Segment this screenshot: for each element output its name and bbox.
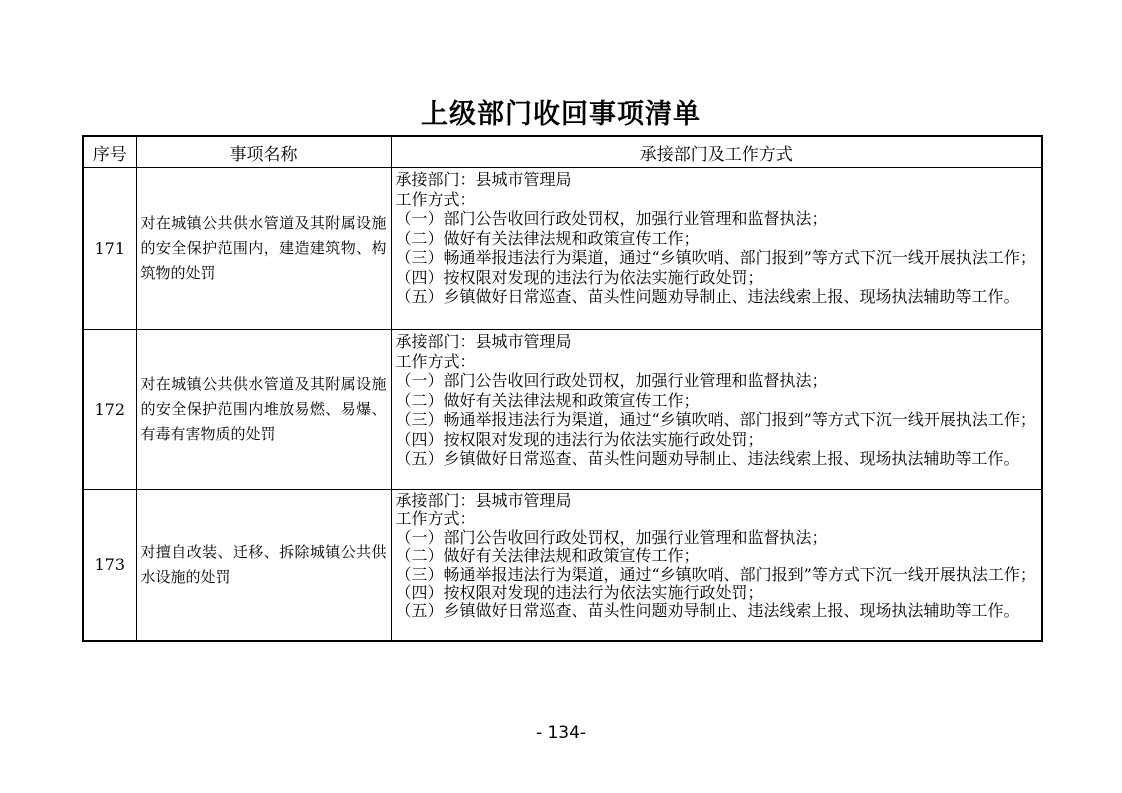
document-page: 上级部门收回事项清单 序号 事项名称 承接部门及工作方式 171 对在城镇公共供… bbox=[0, 0, 1122, 793]
serial-number: 173 bbox=[83, 490, 136, 641]
item-name: 对在城镇公共供水管道及其附属设施的安全保护范围内堆放易燃、易爆、有毒有害物质的处… bbox=[136, 330, 391, 490]
detail-line-item-2: （二）做好有关法律法规和政策宣传工作； bbox=[396, 547, 1038, 565]
detail-line-item-5: （五）乡镇做好日常巡查、苗头性问题劝导制止、违法线索上报、现场执法辅助等工作。 bbox=[396, 602, 1038, 620]
table-row-173: 173 对擅自改装、迁移、拆除城镇公共供水设施的处罚 承接部门：县城市管理局 工… bbox=[83, 490, 1042, 641]
header-item-name: 事项名称 bbox=[136, 136, 391, 168]
detail-line-item-4: （四）按权限对发现的违法行为依法实施行政处罚； bbox=[396, 584, 1038, 602]
serial-number: 172 bbox=[83, 330, 136, 490]
department-and-method-cell: 承接部门：县城市管理局 工作方式： （一）部门公告收回行政处罚权，加强行业管理和… bbox=[391, 168, 1042, 330]
detail-line-item-1: （一）部门公告收回行政处罚权，加强行业管理和监督执法； bbox=[396, 209, 1038, 229]
table-row-171: 171 对在城镇公共供水管道及其附属设施的安全保护范围内，建造建筑物、构筑物的处… bbox=[83, 168, 1042, 330]
serial-number: 171 bbox=[83, 168, 136, 330]
detail-line-item-3: （三）畅通举报违法行为渠道，通过“乡镇吹哨、部门报到”等方式下沉一线开展执法工作… bbox=[396, 248, 1038, 268]
detail-line-method-label: 工作方式： bbox=[396, 510, 1038, 528]
detail-line-item-2: （二）做好有关法律法规和政策宣传工作； bbox=[396, 391, 1038, 411]
item-name: 对擅自改装、迁移、拆除城镇公共供水设施的处罚 bbox=[136, 490, 391, 641]
page-number: - 134- bbox=[0, 723, 1122, 743]
header-serial-number: 序号 bbox=[83, 136, 136, 168]
page-title: 上级部门收回事项清单 bbox=[0, 92, 1122, 131]
detail-line-item-2: （二）做好有关法律法规和政策宣传工作； bbox=[396, 229, 1038, 249]
detail-line-department: 承接部门：县城市管理局 bbox=[396, 332, 1038, 352]
detail-line-item-5: （五）乡镇做好日常巡查、苗头性问题劝导制止、违法线索上报、现场执法辅助等工作。 bbox=[396, 449, 1038, 469]
detail-line-method-label: 工作方式： bbox=[396, 190, 1038, 210]
detail-line-item-1: （一）部门公告收回行政处罚权，加强行业管理和监督执法； bbox=[396, 371, 1038, 391]
detail-line-item-4: （四）按权限对发现的违法行为依法实施行政处罚； bbox=[396, 268, 1038, 288]
detail-line-item-1: （一）部门公告收回行政处罚权，加强行业管理和监督执法； bbox=[396, 529, 1038, 547]
detail-line-department: 承接部门：县城市管理局 bbox=[396, 170, 1038, 190]
table-header-row: 序号 事项名称 承接部门及工作方式 bbox=[83, 136, 1042, 168]
items-table: 序号 事项名称 承接部门及工作方式 171 对在城镇公共供水管道及其附属设施的安… bbox=[82, 135, 1043, 642]
table-row-172: 172 对在城镇公共供水管道及其附属设施的安全保护范围内堆放易燃、易爆、有毒有害… bbox=[83, 330, 1042, 490]
item-name: 对在城镇公共供水管道及其附属设施的安全保护范围内，建造建筑物、构筑物的处罚 bbox=[136, 168, 391, 330]
department-and-method-cell: 承接部门：县城市管理局 工作方式： （一）部门公告收回行政处罚权，加强行业管理和… bbox=[391, 490, 1042, 641]
detail-line-item-3: （三）畅通举报违法行为渠道，通过“乡镇吹哨、部门报到”等方式下沉一线开展执法工作… bbox=[396, 566, 1038, 584]
detail-line-item-4: （四）按权限对发现的违法行为依法实施行政处罚； bbox=[396, 430, 1038, 450]
header-department-and-method: 承接部门及工作方式 bbox=[391, 136, 1042, 168]
detail-line-item-5: （五）乡镇做好日常巡查、苗头性问题劝导制止、违法线索上报、现场执法辅助等工作。 bbox=[396, 287, 1038, 307]
detail-line-item-3: （三）畅通举报违法行为渠道，通过“乡镇吹哨、部门报到”等方式下沉一线开展执法工作… bbox=[396, 410, 1038, 430]
department-and-method-cell: 承接部门：县城市管理局 工作方式： （一）部门公告收回行政处罚权，加强行业管理和… bbox=[391, 330, 1042, 490]
detail-line-method-label: 工作方式： bbox=[396, 352, 1038, 372]
detail-line-department: 承接部门：县城市管理局 bbox=[396, 492, 1038, 510]
